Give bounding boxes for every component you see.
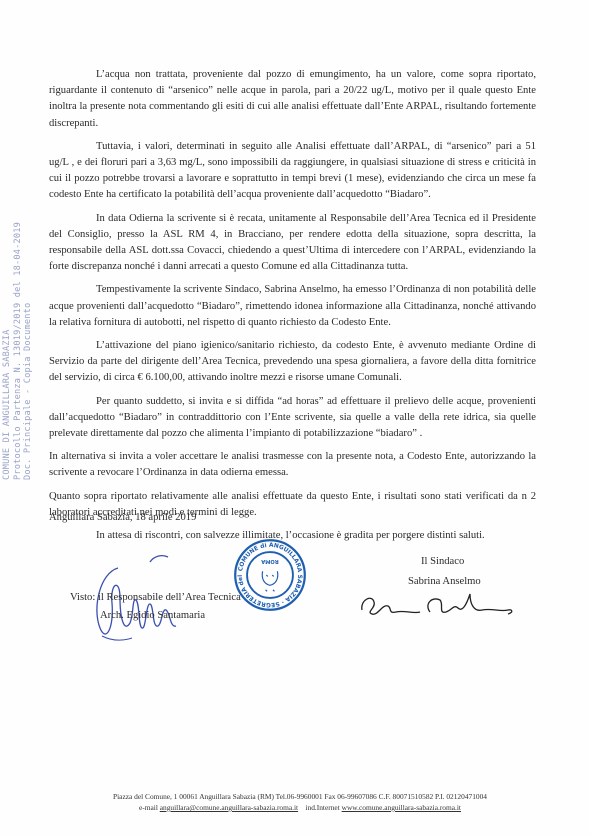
paragraph: Per quanto suddetto, si invita e si diff… <box>49 394 536 443</box>
email-label: e-mail <box>139 803 158 812</box>
website-label: ind.Internet <box>305 803 339 812</box>
visto-block: Visto: il Responsabile dell’Area Tecnica… <box>70 589 241 625</box>
footer-address: Piazza del Comune, 1 00061 Anguillara Sa… <box>60 791 540 802</box>
place-date: Anguillara Sabazia, 18 aprile 2019 <box>49 512 196 523</box>
letterhead-footer: Piazza del Comune, 1 00061 Anguillara Sa… <box>60 791 540 813</box>
email-link[interactable]: anguillara@comune.anguillara-sabazia.rom… <box>160 803 298 812</box>
paragraph: Tempestivamente la scrivente Sindaco, Sa… <box>49 282 536 331</box>
municipal-seal-icon: COMUNE di ANGUILLARA SABAZIA · SEGRETERI… <box>233 538 307 612</box>
footer-contacts: e-mail anguillara@comune.anguillara-saba… <box>60 802 540 813</box>
document-page: COMUNE DI ANGUILLARA SABAZIA Protocollo … <box>0 0 590 835</box>
letter-body: L’acqua non trattata, proveniente dal po… <box>49 67 536 544</box>
svg-text:ROMA: ROMA <box>261 558 279 564</box>
protocol-stamp-line3: Doc. Principale - Copia Documento <box>23 222 34 480</box>
paragraph: In data Odierna la scrivente si è recata… <box>49 211 536 276</box>
paragraph: L’attivazione del piano igienico/sanitar… <box>49 338 536 387</box>
protocol-stamp-line1: COMUNE DI ANGUILLARA SABAZIA <box>2 222 13 480</box>
visto-line: Visto: il Responsabile dell’Area Tecnica <box>70 589 241 607</box>
technical-manager-name: Arch. Egidio Santamaria <box>70 607 241 625</box>
paragraph: In alternativa si invita a voler accetta… <box>49 449 536 481</box>
protocol-stamp-line2: Protocollo Partenza N. 13019/2019 del 18… <box>13 222 24 480</box>
website-link[interactable]: www.comune.anguillara-sabazia.roma.it <box>342 803 461 812</box>
signature-mayor <box>358 582 518 622</box>
paragraph: Tuttavia, i valori, determinati in segui… <box>49 139 536 204</box>
protocol-stamp: COMUNE DI ANGUILLARA SABAZIA Protocollo … <box>2 222 34 480</box>
paragraph: L’acqua non trattata, proveniente dal po… <box>49 67 536 132</box>
mayor-title: Il Sindaco <box>421 556 464 567</box>
